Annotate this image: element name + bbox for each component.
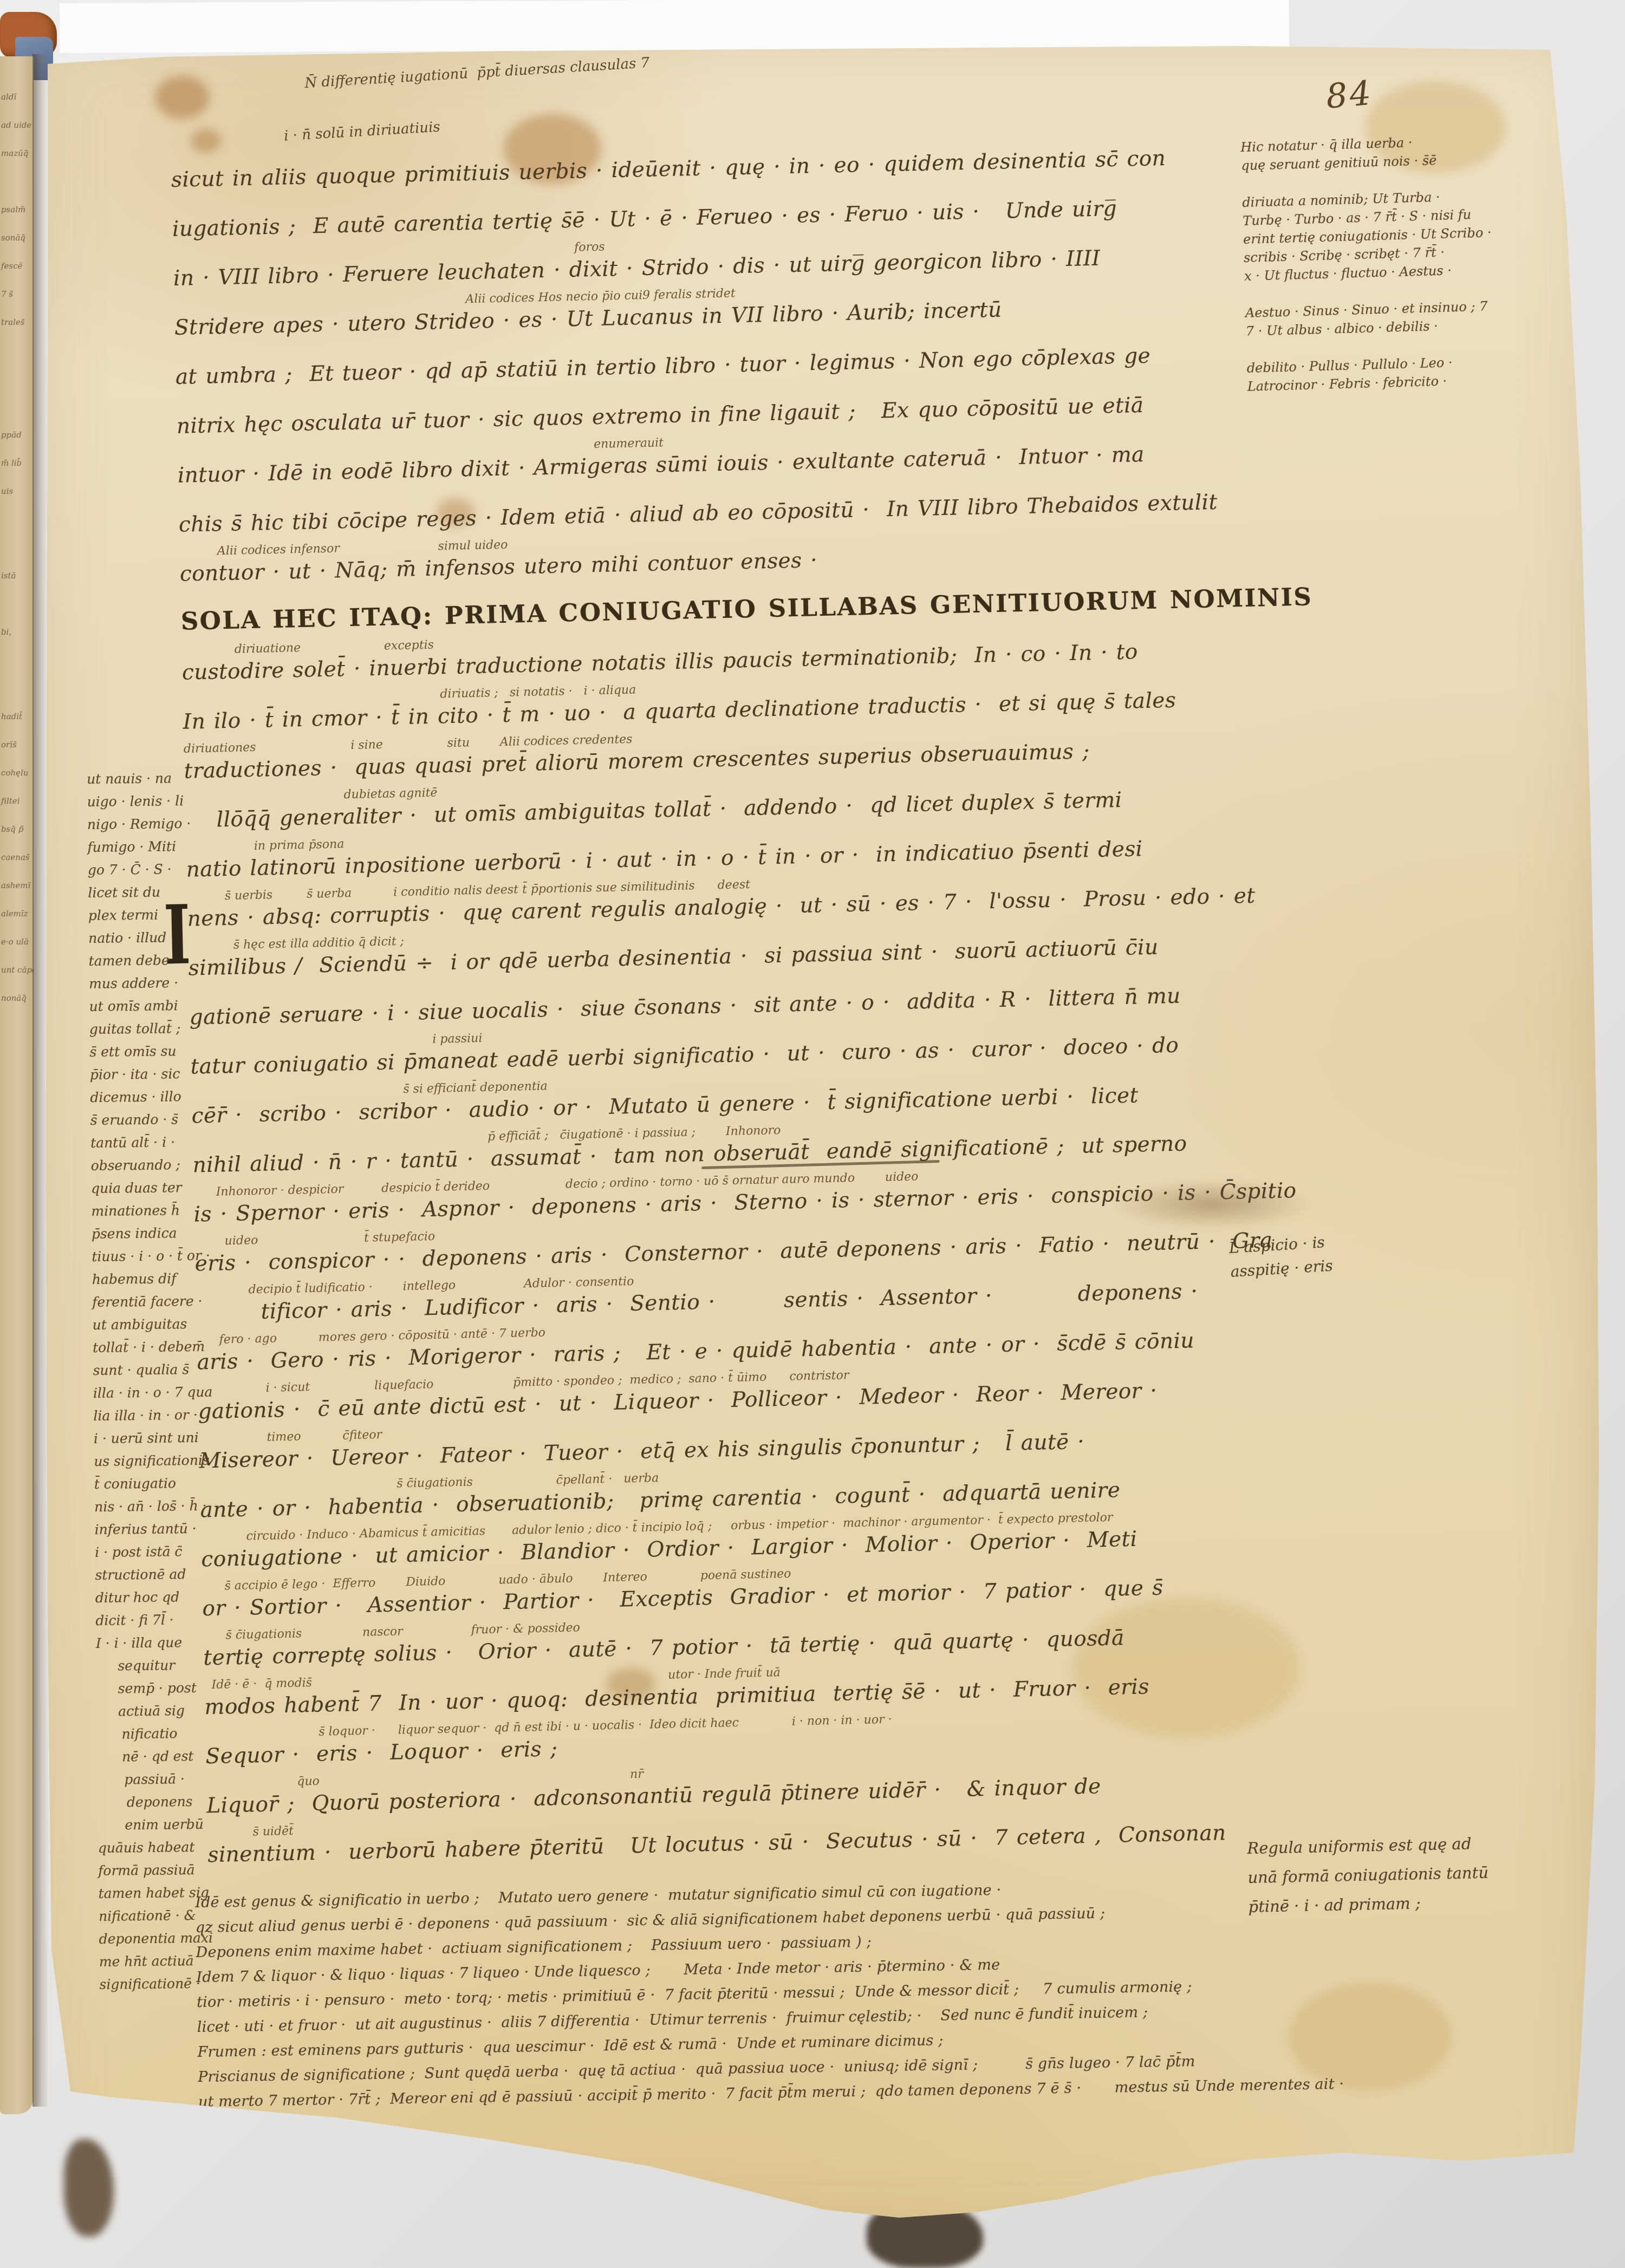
line-text: nificationē · &	[99, 1907, 239, 1924]
left-margin-line: t̄ coniugatio	[94, 1475, 235, 1499]
line-text: quāuis habeat	[98, 1839, 239, 1856]
spine-fragment: 7 s̄	[1, 289, 32, 317]
line-text: dicit · fi 7l̄ ·	[95, 1611, 236, 1628]
left-margin-line: go 7 · C̄ · S ·	[88, 861, 229, 885]
line-text: hadit̄	[1, 712, 32, 721]
left-margin-line: minationes h̄	[91, 1202, 232, 1226]
left-margin-line: passiuā ·	[97, 1770, 238, 1795]
line-text: filtei	[1, 796, 32, 806]
line-text: orīs̄	[1, 740, 32, 750]
line-text: actiuā sig	[96, 1702, 237, 1719]
spine-fragment: aldī	[1, 92, 32, 120]
line-text: ut ambiguitas	[93, 1315, 233, 1333]
line-text: ashemī	[1, 881, 32, 890]
line-text: aldī	[1, 92, 32, 102]
line-text: ad uide	[1, 120, 32, 130]
left-margin-line: uigo · lenis · li	[87, 792, 227, 817]
spine-fragment: unt cāpe	[1, 965, 32, 993]
line-text: natio · illud	[88, 929, 229, 946]
line-text: tantū alt̄ · i ·	[90, 1133, 231, 1151]
line-text: bi,	[1, 627, 32, 637]
left-margin-line: significationē ·	[99, 1975, 240, 1999]
left-margin-line: plex termi	[88, 906, 229, 930]
left-margin-line: s̄ ett omīs su	[89, 1042, 230, 1067]
spine-fragment	[1, 177, 32, 205]
spine-fragment: m̄ lib̄	[1, 458, 32, 486]
spine-fragment: trales̄	[1, 317, 32, 346]
line-text: plex termi	[88, 906, 229, 923]
line-text: significationē ·	[99, 1975, 240, 1992]
previous-page-gloss-column: aldīad uidemazūq̄ psalm̄sonāq̄fescē7 s̄t…	[1, 64, 32, 1021]
spine-fragment: uis	[1, 486, 32, 514]
line-text: quia duas ter	[91, 1179, 232, 1196]
left-margin-line: s̄ eruando · s̄	[90, 1111, 231, 1135]
line-text: I · i · illa que	[96, 1634, 237, 1651]
line-text	[1, 402, 32, 412]
left-margin-line: nē · qd est	[97, 1748, 238, 1772]
left-margin-line: nigo · Remigo ·	[87, 815, 228, 839]
line-text: nigo · Remigo ·	[87, 815, 228, 832]
spine-fragment: ad uide	[1, 120, 32, 148]
line-text: obseruando ;	[90, 1156, 231, 1174]
line-text: ppād	[1, 430, 32, 440]
parchment-page: 84 N̄ differentię iugationū p̄pt̄ diuers…	[0, 0, 1625, 2268]
line-text: nonāq̄	[1, 993, 32, 1003]
spine-fragment	[1, 402, 32, 430]
line-text	[1, 599, 32, 609]
left-margin-line: quia duas ter	[91, 1179, 232, 1203]
left-margin-line: dicemus · illo	[90, 1088, 231, 1112]
line-text: bsq̄ p̄	[1, 824, 32, 834]
line-text: uigo · lenis · li	[87, 792, 227, 810]
spine-fragment: caenas̄	[1, 852, 32, 881]
spine-fragment: hadit̄	[1, 712, 32, 740]
spine-fragment: mazūq̄	[1, 148, 32, 177]
line-text: tamen debe	[89, 951, 230, 969]
line-text	[1, 64, 32, 74]
spine-fragment: nonāq̄	[1, 993, 32, 1021]
previous-page-edge: aldīad uidemazūq̄ psalm̄sonāq̄fescē7 s̄t…	[0, 56, 34, 2114]
line-text: deponentia maxi	[99, 1930, 239, 1947]
left-margin-line: natio · illud	[88, 929, 229, 953]
line-text: nificatio	[96, 1725, 237, 1742]
line-text: sinentium · uerborū habere p̄teritū Ut l…	[207, 1821, 1226, 1867]
line-text: ut omīs ambi	[89, 997, 230, 1014]
spine-fragment: cohęlu	[1, 768, 32, 796]
left-margin-line: p̄ior · ita · sic	[90, 1065, 231, 1090]
line-text: inferius tantū ·	[95, 1520, 236, 1537]
left-margin-line: tollat̄ · i · debem̄	[93, 1338, 233, 1363]
left-margin-line: i · uerū sint uni	[94, 1429, 235, 1454]
line-text: cohęlu	[1, 768, 32, 778]
line-text: ferentiā facere ·	[92, 1293, 233, 1310]
line-text: m̄ lib̄	[1, 458, 32, 468]
line-text: unt cāpe	[1, 965, 32, 975]
spine-fragment: psalm̄	[1, 205, 32, 233]
erasure-smudge	[1111, 1179, 1312, 1229]
left-margin-line: mus addere ·	[89, 974, 230, 999]
left-margin-line: p̄sens indica	[92, 1224, 232, 1249]
left-margin-line: obseruando ;	[90, 1156, 231, 1181]
line-text	[1, 346, 32, 355]
line-text	[1, 514, 32, 524]
line-text	[1, 177, 32, 186]
line-text: sonāq̄	[1, 233, 32, 243]
spine-fragment	[1, 543, 32, 571]
left-margin-gloss-column: ut nauis · nauigo · lenis · linigo · Rem…	[87, 770, 240, 1999]
left-margin-line: fumigo · Miti	[87, 838, 228, 862]
line-text: lia illa · in · or ·	[93, 1406, 234, 1424]
line-text: nitrix hęc osculata ur̄ tuor · sic quos …	[176, 393, 1144, 439]
line-text: nis · an̄ · los̄ · h̄ ·	[94, 1497, 235, 1515]
left-margin-line: formā passiuā	[98, 1861, 239, 1886]
line-text: tiuus · i · o · t̄ or ·	[92, 1247, 232, 1265]
stain-spot	[191, 129, 221, 153]
spine-fragment: alemīz	[1, 909, 32, 937]
main-text-block: sicut in aliis quoque primitiuis uerbis …	[171, 131, 1291, 1879]
left-margin-line: nificationē · &	[99, 1907, 239, 1931]
line-text: deponens	[97, 1793, 238, 1810]
left-margin-line: tamen debe	[89, 951, 230, 976]
line-text: e·o ulā	[1, 937, 32, 947]
line-text: dicemus · illo	[90, 1088, 231, 1105]
line-text: alemīz	[1, 909, 32, 918]
spine-fragment	[1, 514, 32, 543]
left-margin-line: ut ambiguitas	[93, 1315, 233, 1340]
background-card	[60, 0, 1289, 53]
line-text: i · post istā c̄	[95, 1543, 236, 1560]
left-margin-line: enim uerbū	[97, 1816, 238, 1840]
line-text: fescē	[1, 261, 32, 271]
spine-fragment: fescē	[1, 261, 32, 289]
line-text: enim uerbū	[97, 1816, 238, 1833]
left-margin-line: nificatio	[96, 1725, 237, 1749]
line-text: trales̄	[1, 317, 32, 327]
line-text: Sequor · eris · Loquor · eris ;	[205, 1737, 558, 1769]
line-text: s̄ ett omīs su	[89, 1042, 230, 1060]
left-margin-line: guitas tollat̄ ;	[89, 1020, 230, 1044]
left-margin-line: inferius tantū ·	[95, 1520, 236, 1544]
line-text: iugationis ; E autē carentia tertię s̄ē …	[172, 197, 1117, 242]
left-margin-line: sunt · qualia s̄	[93, 1361, 233, 1385]
left-margin-line: tiuus · i · o · t̄ or ·	[92, 1247, 232, 1272]
left-margin-line: sequitur	[96, 1657, 237, 1681]
line-text	[1, 655, 32, 665]
left-margin-line: actiuā sig	[96, 1702, 237, 1726]
line-text: ditur hoc qd	[95, 1588, 236, 1606]
spine-fragment: bi,	[1, 627, 32, 655]
line-text: habemus dif	[92, 1270, 233, 1287]
line-text: sequitur	[96, 1657, 237, 1674]
spine-fragment: e·o ulā	[1, 937, 32, 965]
line-text: ut nauis · na	[87, 770, 227, 787]
left-margin-line: ditur hoc qd	[95, 1588, 236, 1613]
line-text	[1, 543, 32, 552]
spine-fragment	[1, 346, 32, 374]
spine-fragment: ashemī	[1, 881, 32, 909]
left-margin-line: me hn̄t actiuā	[99, 1952, 240, 1977]
line-text: illa · in · o · 7 qua	[93, 1384, 234, 1401]
line-text	[1, 683, 32, 693]
left-margin-line: semp̄ · post	[96, 1679, 237, 1704]
line-text: 7 s̄	[1, 289, 32, 299]
line-text	[1, 374, 32, 383]
left-margin-line: illa · in · o · 7 qua	[93, 1384, 234, 1408]
right-margin-gloss-bottom: Regula uniformis est quę adunā formā con…	[1247, 1832, 1584, 1927]
left-margin-line: ut omīs ambi	[89, 997, 230, 1021]
line-text: structionē ad	[95, 1566, 236, 1583]
line-text: sunt · qualia s̄	[93, 1361, 233, 1378]
line-text: istā	[1, 571, 32, 581]
spine-fragment: bsq̄ p̄	[1, 824, 32, 852]
line-text: fumigo · Miti	[87, 838, 228, 855]
spine-fragment	[1, 64, 32, 92]
line-text: guitas tollat̄ ;	[89, 1020, 230, 1037]
line-text: us significationis	[94, 1452, 235, 1469]
line-text: minationes h̄	[91, 1202, 232, 1219]
left-margin-line: ferentiā facere ·	[92, 1293, 233, 1317]
spine-fragment: ppād	[1, 430, 32, 458]
left-margin-line: deponentia maxi	[99, 1930, 239, 1954]
left-margin-line: ut nauis · na	[87, 770, 227, 794]
line-text: tollat̄ · i · debem̄	[93, 1338, 233, 1355]
left-margin-line: habemus dif	[92, 1270, 233, 1294]
line-text: formā passiuā	[98, 1861, 239, 1879]
line-text: p̄ior · ita · sic	[90, 1065, 231, 1083]
line-text: at umbra ; Et tueor · qd ap̄ statiū in t…	[175, 344, 1150, 389]
spine-fragment: sonāq̄	[1, 233, 32, 261]
line-text: uis	[1, 486, 32, 496]
left-margin-line: quāuis habeat	[98, 1839, 239, 1863]
line-text: passiuā ·	[97, 1770, 238, 1788]
line-text: p̄sens indica	[92, 1224, 232, 1242]
left-margin-line: us significationis	[94, 1452, 235, 1476]
manuscript-photo: aldīad uidemazūq̄ psalm̄sonāq̄fescē7 s̄t…	[0, 0, 1625, 2268]
line-text: caenas̄	[1, 852, 32, 862]
spine-fragment	[1, 599, 32, 627]
left-margin-line: i · post istā c̄	[95, 1543, 236, 1567]
left-margin-line: structionē ad	[95, 1566, 236, 1590]
left-margin-line: nis · an̄ · los̄ · h̄ ·	[94, 1497, 235, 1522]
right-margin-gloss-top: Hic notatur · q̄ illa uerba ·quę seruant…	[1240, 130, 1605, 397]
left-margin-line: deponens	[97, 1793, 238, 1817]
line-text: semp̄ · post	[96, 1679, 237, 1697]
left-margin-line: tamen habet sig	[99, 1884, 239, 1908]
folio-number: 84	[1324, 73, 1375, 116]
stain-spot	[155, 76, 209, 119]
line-text: go 7 · C̄ · S ·	[88, 861, 229, 878]
left-margin-line: lia illa · in · or ·	[93, 1406, 234, 1431]
line-text: mus addere ·	[89, 974, 230, 992]
left-margin-line: dicit · fi 7l̄ ·	[95, 1611, 236, 1635]
line-text: t̄ coniugatio	[94, 1475, 235, 1492]
left-margin-line: I · i · illa que	[96, 1634, 237, 1658]
line-text: psalm̄	[1, 205, 32, 214]
spine-fragment	[1, 683, 32, 712]
spine-fragment	[1, 374, 32, 402]
spine-fragment: filtei	[1, 796, 32, 824]
left-margin-line: licet sit du	[88, 883, 229, 908]
line-text: nē · qd est	[97, 1748, 238, 1765]
line-text: licet sit du	[88, 883, 229, 901]
spine-fragment	[1, 655, 32, 683]
line-text: tamen habet sig	[99, 1884, 239, 1901]
line-text: s̄ eruando · s̄	[90, 1111, 231, 1128]
line-text: i · uerū sint uni	[94, 1429, 235, 1446]
line-text: me hn̄t actiuā	[99, 1952, 240, 1970]
spine-fragment: istā	[1, 571, 32, 599]
line-text: mazūq̄	[1, 148, 32, 158]
left-margin-line: tantū alt̄ · i ·	[90, 1133, 231, 1158]
spine-fragment: orīs̄	[1, 740, 32, 768]
